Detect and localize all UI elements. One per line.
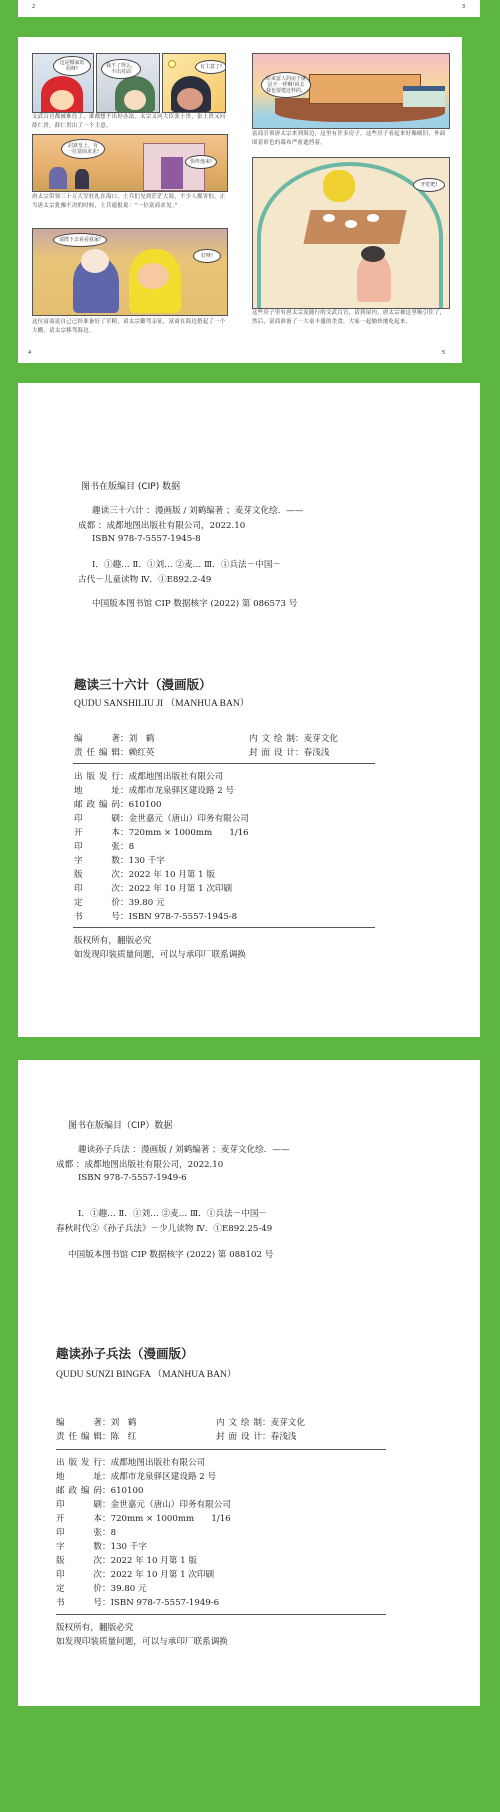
character-old-man [49,167,67,189]
cip-isbn-line: ISBN 978-7-5557-1949-6 [78,1173,187,1183]
speech-bubble: 原来富人的房子就是不一样啊!回去我也要建这样的。 [261,72,311,98]
comic-caption: 唐太宗带领三十万大军驻扎在海口，士兵们见到茫茫大海，不少人都害怕。正当唐太宗犹豫… [32,193,226,211]
page-number-right: 3 [462,4,465,10]
comic-panel-ship: 原来富人的房子就是不一样啊!回去我也要建这样的。 [252,53,450,129]
cip-record-line: 成都 ：成都地图出版社有限公司，2022.10 [78,519,245,531]
speech-bubble: 这是哪家的妈呀! [53,56,91,76]
detail-format: 开 本：720mm × 1000mm 1/16 [56,1512,231,1524]
page-number-left: 2 [32,4,35,10]
comic-panel-palace: 请陛下去看看我家! 好呀! [32,228,228,316]
comic-panel-feast: 开吃吧! [252,157,450,309]
credit-editor: 责任编辑：赖红英 [74,746,154,758]
green-gap [462,37,480,363]
comic-page-spread: 这是哪家的妈呀! 我不了得么，不出对面 有主意了! 文武百官都被难住了，谁都想不… [18,37,480,363]
cip-class-line: Ⅰ．①趣… Ⅱ．①刘… ②麦… Ⅲ．①兵法－中国－ [78,1207,267,1219]
credit-illustration: 内文绘制：麦芽文化 [216,1416,305,1428]
detail-address: 地 址：成都市龙泉驿区建设路 2 号 [74,784,234,796]
speech-bubble: 好呀! [193,249,221,263]
comic-caption: 这些房子里有唐太宗及随行的文武百官，请到屋内，唐太宗被这里吸引住了，然后，富商准… [252,309,448,327]
cip-isbn-line: ISBN 978-7-5557-1945-8 [92,534,201,544]
divider [73,763,375,764]
detail-sheets: 印 张：8 [74,840,134,852]
comic-panel-official: 这是哪家的妈呀! [32,53,94,113]
comic-caption: 富商引领唐太宗来到海边，这里有许多房子，这些房子看起来好像破旧，外面围着彩色的幕… [252,130,448,148]
detail-printing: 印 次：2022 年 10 月第 1 次印刷 [56,1568,214,1580]
cip-copyright-page-2: 图书在版编目（CIP）数据 趣读孙子兵法 ：漫画版 / 刘鹤编著 ；麦芽文化绘．… [18,1060,480,1706]
divider [73,927,375,928]
detail-isbn: 书 号：ISBN 978-7-5557-1945-8 [74,910,237,922]
cip-heading: 图书在版编目 (CIP) 数据 [81,479,180,492]
rights-notice: 版权所有，翻版必究 [56,1621,133,1633]
character-emperor [323,170,355,202]
speech-bubble: 我不了得么，不出对面 [101,59,141,79]
character-servant-hair [361,246,385,262]
cip-record-line: 趣读孙子兵法 ：漫画版 / 刘鹤编著 ；麦芽文化绘．—— [78,1143,289,1155]
cip-copyright-page-1: 图书在版编目 (CIP) 数据 趣读三十六计 ：漫画版 / 刘鹤编著 ；麦芽文化… [18,383,480,1037]
feast-table [303,210,406,244]
cip-record-line: 趣读三十六计 ：漫画版 / 刘鹤编著 ；麦芽文化绘．—— [92,504,303,516]
detail-sheets: 印 张：8 [56,1526,116,1538]
credit-cover-design: 封面设计：春浅浅 [216,1430,296,1442]
book-title-cn: 趣读三十六计（漫画版） [74,675,212,693]
divider [56,1614,386,1615]
book-title-cn: 趣读孙子兵法（漫画版） [56,1344,194,1362]
speech-bubble: 开吃吧! [413,178,445,192]
credit-cover-design: 封面设计：春浅浅 [249,746,329,758]
character-soldier [75,169,89,189]
detail-isbn: 书 号：ISBN 978-7-5557-1949-6 [56,1596,219,1608]
detail-printer: 印 刷：金世嘉元（唐山）印务有限公司 [74,812,249,824]
detail-word-count: 字 数：130 千字 [56,1540,147,1552]
speech-bubble: 有主意了! [195,60,226,74]
book-title-en: QUDU SUNZI BINGFA （MANHUA BAN） [56,1366,236,1380]
quality-notice: 如发现印装质量问题，可以与承印厂联系调换 [56,1635,228,1647]
lightbulb-icon [168,60,176,68]
credit-illustration: 内文绘制：麦芽文化 [249,732,338,744]
character-advisor-face [81,249,109,273]
detail-address: 地 址：成都市龙泉驿区建设路 2 号 [56,1470,216,1482]
credit-author: 编 著：刘 鹤 [56,1416,136,1428]
character-face [124,90,146,110]
comic-panel-general: 我不了得么，不出对面 [96,53,160,113]
speech-bubble: 启禀皇上，有一位富商求见! [61,139,105,159]
detail-publisher: 出版发行：成都地图出版社有限公司 [74,770,223,782]
cip-library-line: 中国版本图书馆 CIP 数据核字 (2022) 第 088102 号 [68,1248,273,1260]
top-page-spread-partial: 2 3 [18,0,480,17]
detail-postcode: 邮政编码：610100 [56,1484,143,1496]
comic-caption: 这位富商说自己已经准备好了军粮，请太宗御驾亲征，富商在海边搭起了一个大棚，请太宗… [32,318,226,336]
rights-notice: 版权所有，翻版必究 [74,934,151,946]
detail-printer: 印 刷：金世嘉元（唐山）印务有限公司 [56,1498,231,1510]
cip-class-line: Ⅰ．①趣… Ⅱ．①刘… ②麦… Ⅲ．①兵法－中国－ [92,558,281,570]
speech-bubble: 请陛下去看看我家! [53,233,107,247]
speech-bubble: 快传他来! [185,155,217,169]
cip-heading: 图书在版编目（CIP）数据 [68,1118,172,1131]
detail-word-count: 字 数：130 千字 [74,854,165,866]
detail-postcode: 邮政编码：610100 [74,798,161,810]
character-face [50,90,74,110]
detail-format: 开 本：720mm × 1000mm 1/16 [74,826,249,838]
credit-editor: 责任编辑：陈 红 [56,1430,136,1442]
comic-panel-idea: 有主意了! [162,53,226,113]
page-number: 4 [28,350,31,356]
character-face [177,88,203,110]
detail-printing: 印 次：2022 年 10 月第 1 次印刷 [74,882,232,894]
comic-caption: 文武百官都被难住了，谁都想不出好办法。太宗又问大臣张士贵，张士贵又问薛仁贵，薛仁… [32,113,226,131]
credit-author: 编 著：刘 鹤 [74,732,154,744]
cip-class-line: 春秋时代②《孙子兵法》－少儿读物 Ⅳ．①E892.25-49 [56,1222,272,1234]
character-emperor-face [137,263,169,289]
quality-notice: 如发现印装质量问题，可以与承印厂联系调换 [74,948,246,960]
plate [367,214,379,222]
cip-record-line: 成都 ：成都地图出版社有限公司，2022.10 [56,1158,223,1170]
ship-pavilion [403,86,445,107]
cip-class-line: 古代－儿童读物 Ⅳ．①E892.2-49 [78,573,211,585]
cip-library-line: 中国版本图书馆 CIP 数据核字 (2022) 第 086573 号 [92,597,297,609]
plate [323,214,335,222]
detail-edition: 版 次：2022 年 10 月第 1 版 [74,868,215,880]
comic-panel-camp: 启禀皇上，有一位富商求见! 快传他来! [32,134,228,192]
detail-price: 定 价：39.80 元 [74,896,165,908]
book-title-en: QUDU SANSHILIU JI （MANHUA BAN） [74,695,249,709]
detail-edition: 版 次：2022 年 10 月第 1 版 [56,1554,197,1566]
page-number: 5 [442,350,445,356]
divider [56,1449,386,1450]
detail-price: 定 价：39.80 元 [56,1582,147,1594]
plate [345,220,357,228]
tent-door [161,157,183,189]
detail-publisher: 出版发行：成都地图出版社有限公司 [56,1456,205,1468]
